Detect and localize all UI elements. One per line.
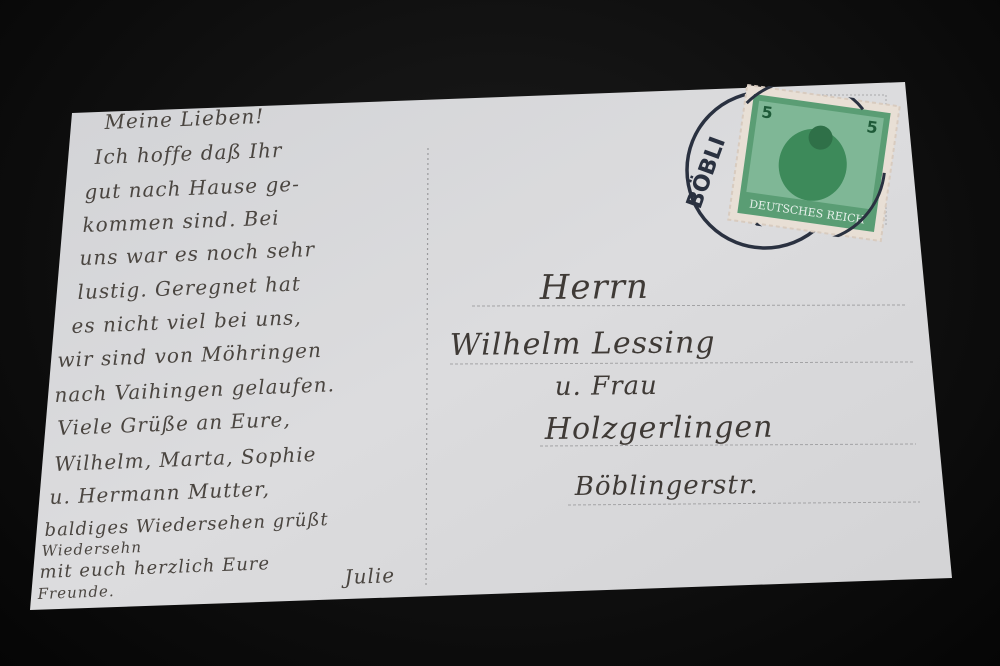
address-salutation: Herrn <box>540 267 650 308</box>
message-line: Wiedersehn <box>41 538 142 560</box>
address-city: Holzgerlingen <box>545 410 774 447</box>
message-line: Freunde. <box>37 582 115 603</box>
address-street: Böblingerstr. <box>575 470 759 502</box>
postcard: BÖBLI 5 5 DEUTSCHES REICH Meine Lieben! … <box>0 0 1000 666</box>
address-name: Wilhelm Lessing <box>450 325 716 363</box>
address-with: u. Frau <box>555 371 658 402</box>
signature: Julie <box>344 563 395 589</box>
postage-stamp: 5 5 DEUTSCHES REICH <box>726 83 902 244</box>
